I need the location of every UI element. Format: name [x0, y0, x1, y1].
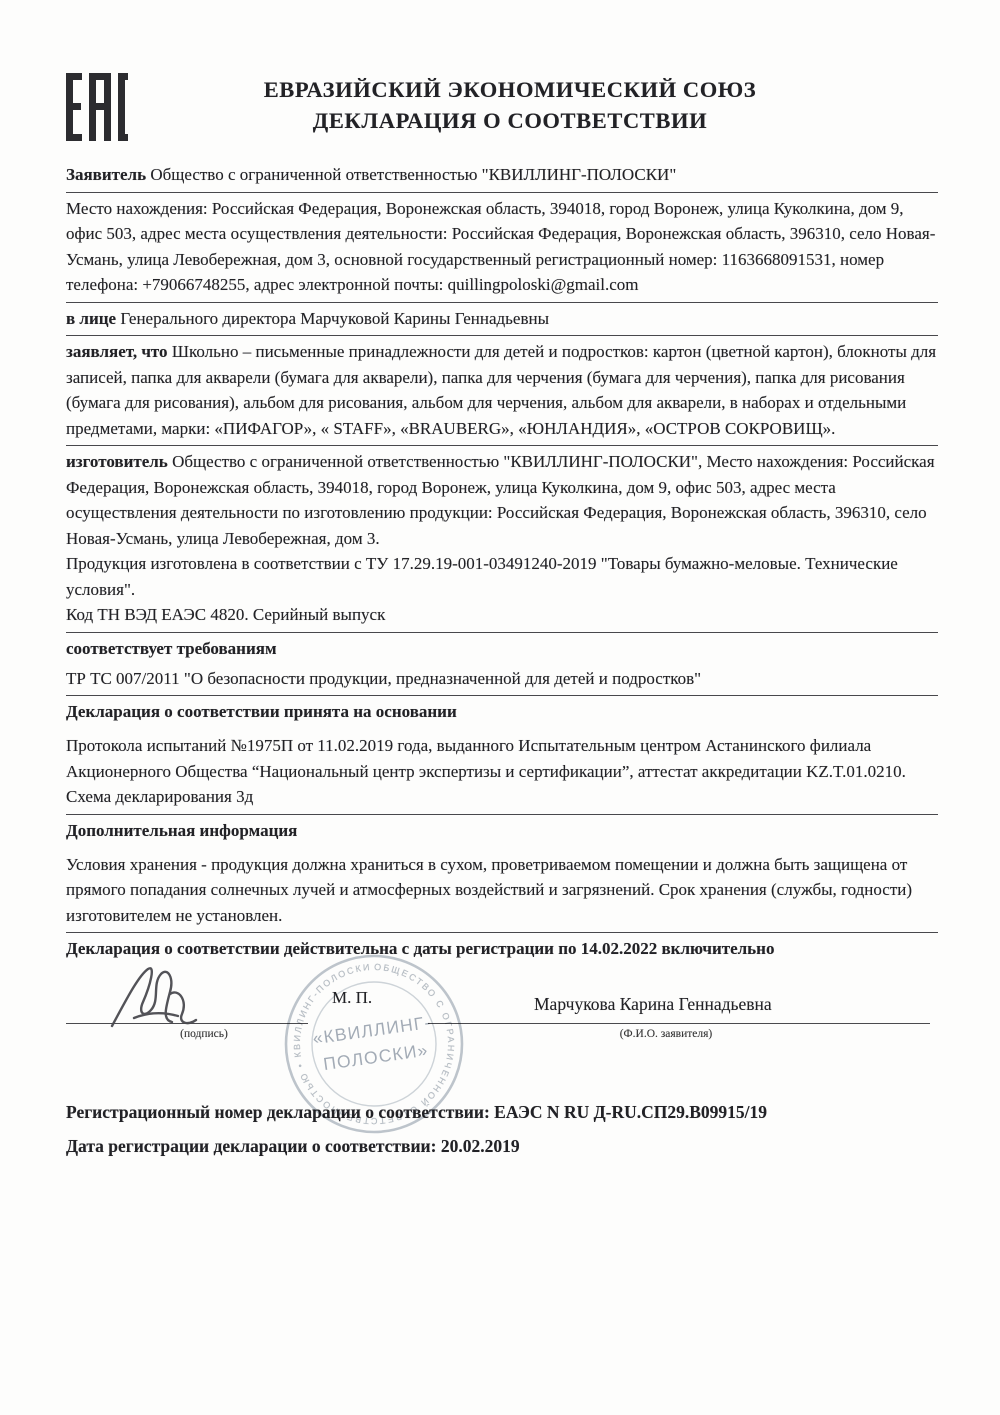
- signature-caption: (подпись): [124, 1028, 284, 1040]
- declaration-document: ЕВРАЗИЙСКИЙ ЭКОНОМИЧЕСКИЙ СОЮЗ ДЕКЛАРАЦИ…: [0, 0, 1000, 1415]
- signer-caption: (Ф.И.О. заявителя): [536, 1028, 796, 1040]
- document-title: ЕВРАЗИЙСКИЙ ЭКОНОМИЧЕСКИЙ СОЮЗ ДЕКЛАРАЦИ…: [128, 58, 938, 136]
- title-declaration: ДЕКЛАРАЦИЯ О СООТВЕТСТВИИ: [128, 105, 892, 136]
- stamp-line2: ПОЛОСКИ»: [322, 1037, 431, 1078]
- section-divider: [66, 932, 938, 933]
- section-divider: [66, 302, 938, 303]
- tnved-line: Код ТН ВЭД ЕАЭС 4820. Серийный выпуск: [66, 602, 938, 628]
- basis-paragraph: Протокола испытаний №1975П от 11.02.2019…: [66, 733, 938, 784]
- declares-paragraph: заявляет, что Школьно – письменные прина…: [66, 339, 938, 441]
- stamp-place-label: М. П.: [332, 988, 372, 1008]
- declares-value: Школьно – письменные принадлежности для …: [66, 342, 936, 438]
- manufacturer-label: изготовитель: [66, 452, 168, 471]
- additional-paragraph: Условия хранения - продукция должна хран…: [66, 852, 938, 929]
- person-label: в лице: [66, 309, 116, 328]
- manufacturer-value: Общество с ограниченной ответственностью…: [66, 452, 935, 548]
- requirements-heading: соответствует требованиям: [66, 636, 938, 662]
- section-divider: [66, 445, 938, 446]
- section-divider: [66, 814, 938, 815]
- person-value: Генерального директора Марчуковой Карины…: [116, 309, 549, 328]
- stamp-ring-text: ОБЩЕСТВО С ОГРАНИЧЕННОЙ ОТВЕТСТВЕННОСТЬЮ…: [282, 952, 456, 1126]
- requirements-line: ТР ТС 007/2011 "О безопасности продукции…: [66, 666, 938, 692]
- applicant-value: Общество с ограниченной ответственностью…: [146, 165, 676, 184]
- signer-name-line: [428, 1023, 930, 1024]
- signature-line: [66, 1023, 308, 1024]
- applicant-line: Заявитель Общество с ограниченной ответс…: [66, 162, 938, 188]
- eac-logo: [66, 64, 128, 150]
- stamp-line1: «КВИЛЛИНГ-: [311, 1009, 433, 1052]
- declares-label: заявляет, что: [66, 342, 168, 361]
- registration-number-value: ЕАЭС N RU Д-RU.СП29.В09915/19: [490, 1102, 767, 1122]
- title-union: ЕВРАЗИЙСКИЙ ЭКОНОМИЧЕСКИЙ СОЮЗ: [128, 74, 892, 105]
- document-content: ЕВРАЗИЙСКИЙ ЭКОНОМИЧЕСКИЙ СОЮЗ ДЕКЛАРАЦИ…: [66, 58, 938, 1157]
- signer-name: Марчукова Карина Геннадьевна: [534, 994, 772, 1015]
- registration-date-label: Дата регистрации декларации о соответств…: [66, 1136, 436, 1156]
- signature-block: (подпись) М. П. Марчукова Карина Геннадь…: [66, 968, 938, 1076]
- applicant-label: Заявитель: [66, 165, 146, 184]
- scheme-line: Схема декларирования 3д: [66, 784, 938, 810]
- additional-heading: Дополнительная информация: [66, 818, 938, 844]
- validity-line: Декларация о соответствии действительна …: [66, 936, 938, 962]
- section-divider: [66, 695, 938, 696]
- registration-number-line: Регистрационный номер декларации о соотв…: [66, 1102, 938, 1123]
- registration-date-line: Дата регистрации декларации о соответств…: [66, 1136, 938, 1157]
- production-line: Продукция изготовлена в соответствии с Т…: [66, 551, 938, 602]
- section-divider: [66, 192, 938, 193]
- svg-text:ОБЩЕСТВО С ОГРАНИЧЕННОЙ ОТВЕТС: ОБЩЕСТВО С ОГРАНИЧЕННОЙ ОТВЕТСТВЕННОСТЬЮ…: [282, 952, 456, 1126]
- basis-heading: Декларация о соответствии принята на осн…: [66, 699, 938, 725]
- manufacturer-paragraph: изготовитель Общество с ограниченной отв…: [66, 449, 938, 551]
- person-line: в лице Генерального директора Марчуковой…: [66, 306, 938, 332]
- handwritten-signature: [104, 960, 214, 1036]
- document-header: ЕВРАЗИЙСКИЙ ЭКОНОМИЧЕСКИЙ СОЮЗ ДЕКЛАРАЦИ…: [66, 58, 938, 150]
- section-divider: [66, 632, 938, 633]
- section-divider: [66, 335, 938, 336]
- registration-number-label: Регистрационный номер декларации о соотв…: [66, 1102, 490, 1122]
- location-paragraph: Место нахождения: Российская Федерация, …: [66, 196, 938, 298]
- registration-date-value: 20.02.2019: [436, 1136, 519, 1156]
